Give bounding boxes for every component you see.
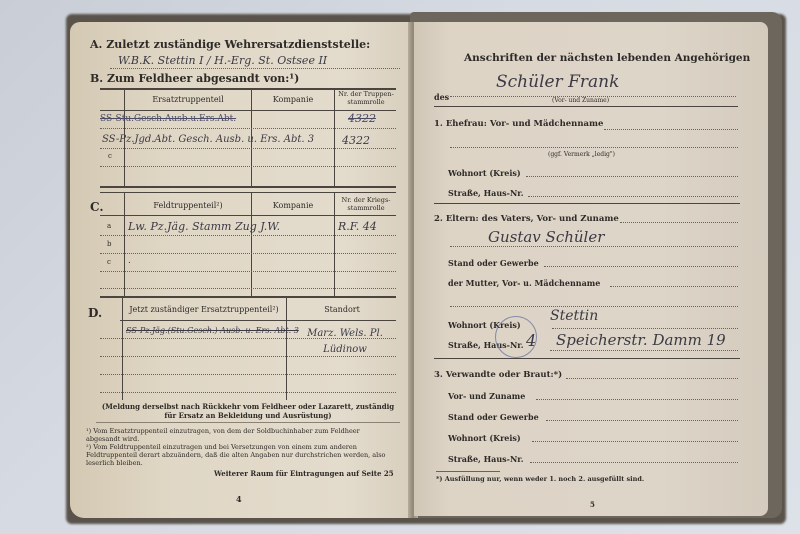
dotted-line [100,128,396,129]
dotted-line [532,441,738,442]
footnote: *) Ausfüllung nur, wenn weder 1. noch 2.… [436,475,644,483]
table-rule [96,422,400,423]
dotted-line [100,253,396,254]
des-label: des [434,92,449,102]
dotted-line [620,222,738,223]
row-letter: a [107,222,111,230]
dotted-line [544,266,738,267]
dotted-line [100,338,396,339]
table-rule [100,192,396,193]
dotted-line [100,271,396,272]
father-name: Gustav Schüler [488,228,604,246]
relatives-label: 3. Verwandte oder Braut:*) [434,370,562,380]
dotted-line [100,288,396,289]
row-letter: c [108,152,112,160]
section-a-label: A. Zuletzt zuständige Wehrersatzdienstst… [90,38,370,51]
column-header: Kompanie [252,95,334,104]
section-b-label: B. Zum Feldheer abgesandt von:¹) [90,72,299,85]
table-row-unit: Lw. Pz.Jäg. Stamm Zug J.W. [128,220,280,233]
table-row-number: R.F. 44 [338,220,377,233]
relatives-name-label: Vor- und Zuname [448,391,525,401]
footnote-rule [436,471,500,472]
column-header: Standort [287,305,397,314]
table-rule [100,296,396,298]
table-rule [100,186,396,188]
parents-residence-value: Stettin [550,308,598,324]
name-hint: (Vor- und Zuname) [552,97,609,104]
dotted-line [546,420,738,421]
dotted-line [100,166,396,167]
column-header: Nr. der Kriegs-stammrolle [335,196,397,212]
dotted-line [552,328,738,329]
notice-text: (Meldung derselbst nach Rückkehr vom Fel… [96,402,400,420]
column-header: Feldtruppenteil²) [126,201,250,210]
dotted-line [566,378,738,379]
mother-label: der Mutter, Vor- u. Mädchenname [448,278,600,288]
dotted-line [610,286,738,287]
dotted-line [100,148,396,149]
dotted-line [100,356,396,357]
column-header: Ersatztruppenteil [126,95,250,104]
table-rule [100,215,396,216]
soldier-name: Schüler Frank [496,72,619,92]
row-letter: c [107,258,111,266]
table-row-unit: . [128,256,131,266]
column-header: Kompanie [252,201,334,210]
table-row-unit: SS-Stu.Gesch.Ausb.u.Ers.Abt. [100,114,236,124]
section-rule [434,106,738,107]
table-row-number: 4322 [342,134,370,147]
spouse-street-label: Straße, Haus-Nr. [448,188,524,198]
section-d-label: D. [88,306,102,320]
section-rule [434,203,740,204]
dotted-line [550,350,738,351]
spouse-label: 1. Ehefrau: Vor- und Mädchenname [434,119,603,129]
dotted-line [604,129,738,130]
dotted-line [536,399,738,400]
dotted-line [450,246,738,247]
section-rule [434,358,740,359]
table-row-number: 4322 [348,112,376,125]
page-number: 4 [236,494,242,504]
occupation-label: Stand oder Gewerbe [448,258,539,268]
dotted-line [526,176,738,177]
dotted-line [450,147,738,148]
column-header: Jetzt zuständiger Ersatztruppenteil²) [122,305,286,314]
relatives-residence-label: Wohnort (Kreis) [448,433,521,443]
table-row-location: Marz. Wels. Pl. Lüdinow [290,326,400,358]
table-rule [120,320,396,321]
page-title: Anschriften der nächsten lebenden Angehö… [464,52,750,64]
row-letter: b [107,240,111,248]
dotted-line [530,462,738,463]
more-space-note: Weiterer Raum für Eintragungen auf Seite… [214,469,394,478]
relatives-occupation-label: Stand oder Gewerbe [448,412,539,422]
dotted-line [100,392,396,393]
relatives-street-label: Straße, Haus-Nr. [448,454,524,464]
dotted-line [110,68,400,69]
section-a-value: W.B.K. Stettin I / H.-Erg. St. Ostsee II [118,54,327,67]
dotted-line [450,306,738,307]
stamp-number: 4 [526,331,536,350]
dotted-line [100,235,396,236]
footnote: ²) Vom Feldtruppenteil einzutragen und b… [86,443,396,467]
table-row-unit: SS-Pz.Jgd.Abt. Gesch. Ausb. u. Ers. Abt.… [102,134,314,145]
spouse-residence-label: Wohnort (Kreis) [448,168,521,178]
dotted-line [528,196,738,197]
table-rule [100,110,396,111]
footnote: ¹) Vom Ersatztruppenteil einzutragen, vo… [86,427,396,443]
section-c-label: C. [90,200,104,214]
table-row-unit: SS-Pz.Jäg.(Stu.Gesch.) Ausb. u. Ers. Abt… [126,326,299,335]
dotted-line [100,374,396,375]
column-header: Nr. der Truppen-stammrolle [335,90,397,106]
table-rule [124,192,125,296]
parents-street-value: Speicherstr. Damm 19 [556,331,726,349]
page-number: 5 [590,500,595,509]
parents-label: 2. Eltern: des Vaters, Vor- und Zuname [434,214,619,224]
spouse-hint: (ggf. Vermerk „ledig") [548,151,615,158]
